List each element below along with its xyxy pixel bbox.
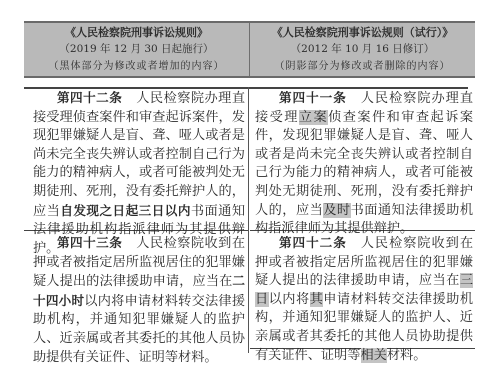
old-article-42: 第四十二条人民检察院收到在押或者被指定居所监视居住的犯罪嫌疑人提出的法律援助申请… bbox=[250, 231, 475, 349]
article-text: 人民检察院办理直接受理侦查案件和审查起诉案件，发现犯罪嫌疑人是盲、聋、哑人或者是… bbox=[33, 91, 245, 219]
header-new-rules: 《人民检察院刑事诉讼规则》 （2019 年 12 月 30 日起施行） （黑体部… bbox=[24, 23, 250, 76]
old-rules-column: 第四十一条人民检察院办理直接受理立案侦查案件和审查起诉案件，发现犯罪嫌疑人是盲、… bbox=[250, 87, 475, 349]
article-text: 以内将 bbox=[269, 292, 310, 307]
new-rules-title: 《人民检察院刑事诉讼规则》 bbox=[65, 24, 208, 41]
deleted-text: 立案 bbox=[299, 110, 328, 125]
old-rules-date: （2012 年 10 月 16 日修订） bbox=[291, 41, 435, 58]
old-rules-title: 《人民检察院刑事诉讼规则（试行）》 bbox=[272, 24, 454, 41]
article-text: 材料。 bbox=[387, 348, 427, 363]
old-article-41: 第四十一条人民检察院办理直接受理立案侦查案件和审查起诉案件，发现犯罪嫌疑人是盲、… bbox=[250, 87, 475, 231]
article-number: 第四十三条 bbox=[57, 235, 122, 250]
modified-text: 及时 bbox=[323, 203, 350, 218]
article-number: 第四十二条 bbox=[279, 235, 347, 250]
old-rules-note: （阴影部分为修改或者删除的内容） bbox=[275, 58, 451, 75]
new-article-42: 第四十二条人民检察院办理直接受理侦查案件和审查起诉案件，发现犯罪嫌疑人是盲、聋、… bbox=[24, 87, 248, 231]
deleted-text: 相关 bbox=[361, 348, 387, 363]
new-rules-note: （黑体部分为修改或者增加的内容） bbox=[49, 58, 225, 75]
article-number: 第四十二条 bbox=[57, 90, 122, 105]
article-text: 侦查案件和审查起诉案件，发现犯罪嫌疑人是盲、聋、哑人或者是尚未完全丧失辨认或者控… bbox=[255, 110, 473, 218]
article-number: 第四十一条 bbox=[279, 90, 347, 105]
deleted-text: 其 bbox=[310, 292, 324, 307]
new-article-43: 第四十三条人民检察院收到在押或者被指定居所监视居住的犯罪嫌疑人提出的法律援助申请… bbox=[24, 231, 248, 367]
header-old-rules: 《人民检察院刑事诉讼规则（试行）》 （2012 年 10 月 16 日修订） （… bbox=[250, 23, 475, 76]
comparison-table-header: 《人民检察院刑事诉讼规则》 （2019 年 12 月 30 日起施行） （黑体部… bbox=[24, 21, 475, 78]
new-rules-column: 第四十二条人民检察院办理直接受理侦查案件和审查起诉案件，发现犯罪嫌疑人是盲、聋、… bbox=[24, 87, 249, 353]
added-text: 自发现之日起三日以内 bbox=[60, 203, 191, 218]
new-rules-date: （2019 年 12 月 30 日起施行） bbox=[59, 41, 213, 58]
